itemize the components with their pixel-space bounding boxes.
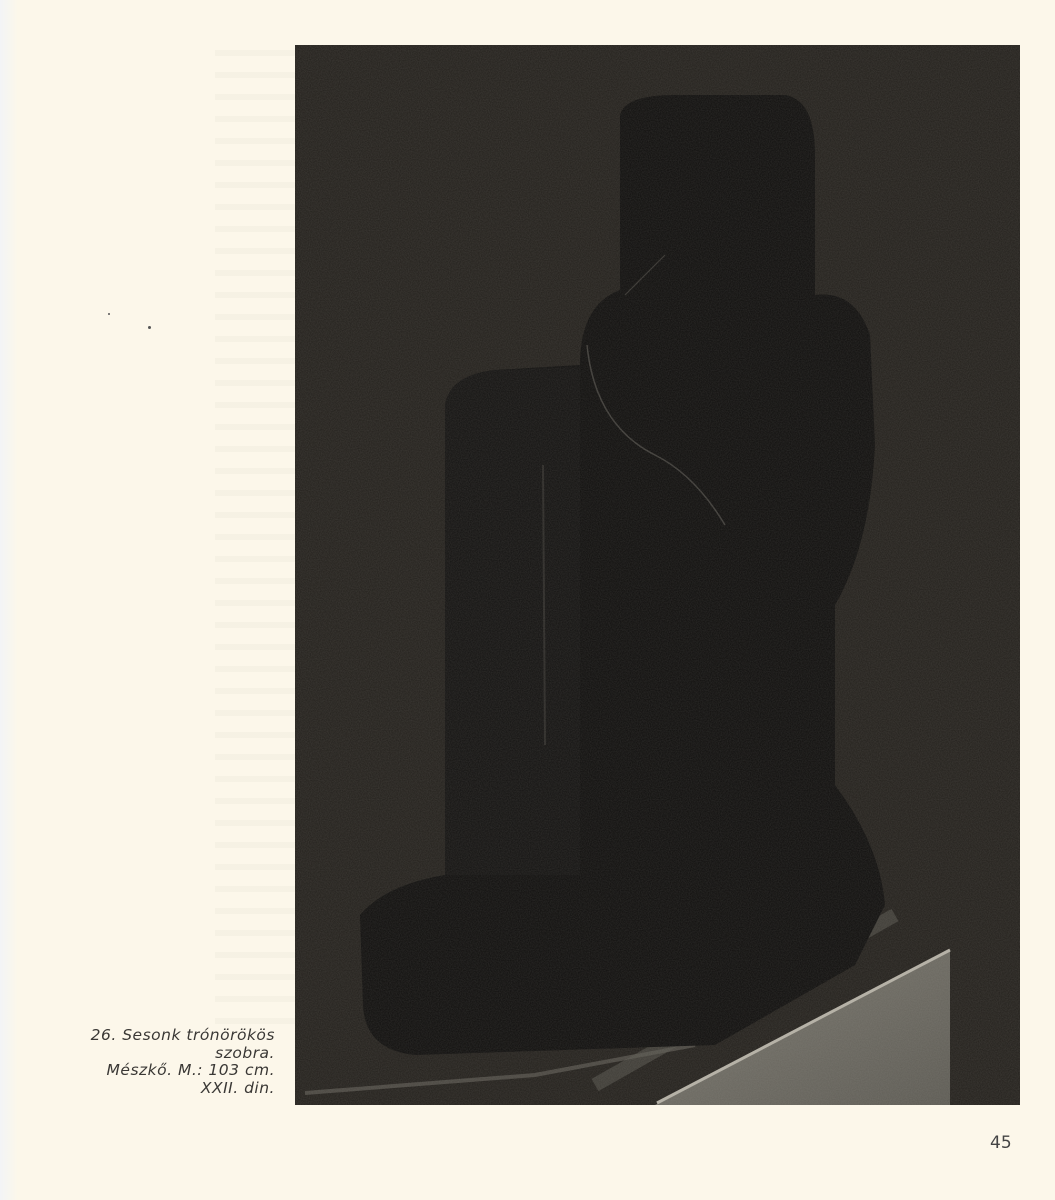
- caption-line-subject: szobra.: [60, 1045, 275, 1063]
- page-edge: [0, 0, 18, 1200]
- caption-line-dynasty: XXII. din.: [60, 1080, 275, 1098]
- statue-photograph: [295, 45, 1020, 1105]
- statue-image: [295, 45, 1020, 1105]
- caption-line-title: 26. Sesonk trónörökös: [60, 1027, 275, 1045]
- caption-line-material: Mészkő. M.: 103 cm.: [60, 1062, 275, 1080]
- paper-speck: [108, 313, 110, 315]
- paper-speck: [148, 326, 151, 329]
- bleed-through-text: [215, 50, 305, 1030]
- page-number: 45: [990, 1133, 1012, 1153]
- figure-caption: 26. Sesonk trónörökös szobra. Mészkő. M.…: [60, 1027, 275, 1097]
